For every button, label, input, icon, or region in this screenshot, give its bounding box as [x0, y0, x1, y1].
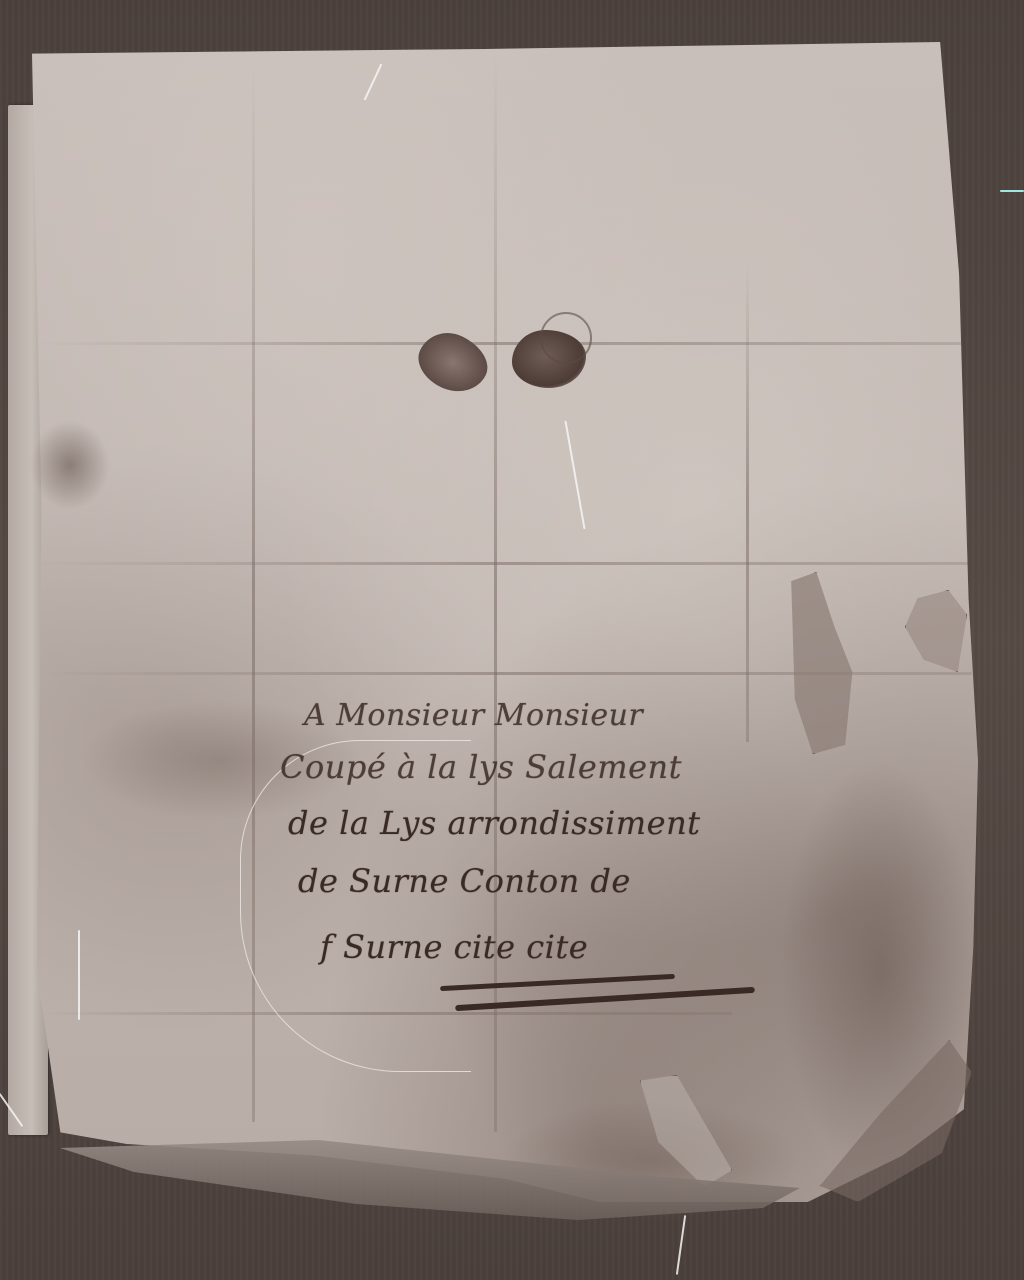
fold-line-vertical: [494, 52, 497, 1132]
fold-line-horizontal: [32, 342, 972, 345]
address-line-4: de Surne Conton de: [298, 862, 631, 900]
address-line-1: A Monsieur Monsieur: [304, 698, 643, 733]
film-scratch: [1000, 190, 1024, 192]
wax-seal-outline: [540, 312, 592, 364]
film-scratch: [78, 930, 80, 1020]
fold-line-horizontal: [32, 562, 972, 565]
address-line-2: Coupé à la lys Salement: [280, 748, 682, 786]
address-line-5: f Surne cite cite: [320, 928, 588, 966]
address-line-3: de la Lys arrondissiment: [288, 804, 701, 842]
fold-line-vertical: [746, 262, 749, 742]
